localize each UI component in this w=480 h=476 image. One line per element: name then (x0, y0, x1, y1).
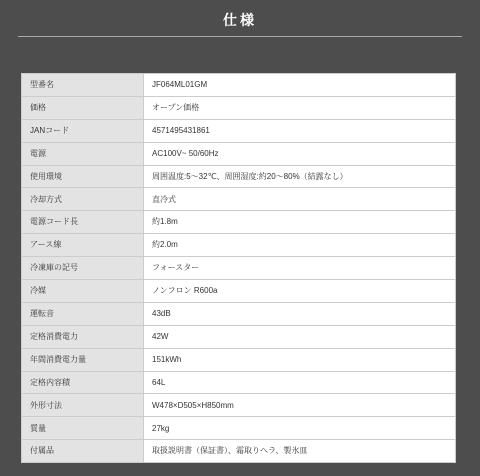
spec-value-cell: 取扱説明書（保証書）、霜取りヘラ、製氷皿 (144, 440, 456, 463)
table-row: 年間消費電力量151kWh (22, 348, 456, 371)
table-row: 使用環境周囲温度:5〜32℃、周囲湿度:約20〜80%（結露なし） (22, 165, 456, 188)
spec-value-cell: 約2.0m (144, 234, 456, 257)
spec-value-cell: 64L (144, 371, 456, 394)
spec-label-cell: JANコード (22, 119, 144, 142)
spec-label-cell: 電源コード長 (22, 211, 144, 234)
spec-label-cell: 定格内容積 (22, 371, 144, 394)
spec-value-cell: 周囲温度:5〜32℃、周囲湿度:約20〜80%（結露なし） (144, 165, 456, 188)
spec-value-cell: 直冷式 (144, 188, 456, 211)
spec-label-cell: 冷却方式 (22, 188, 144, 211)
spec-label-cell: 外形寸法 (22, 394, 144, 417)
table-row: 冷却方式直冷式 (22, 188, 456, 211)
spec-table-body: 型番名JF064ML01GM価格オープン価格JANコード457149543186… (22, 74, 456, 463)
spec-value-cell: オープン価格 (144, 96, 456, 119)
table-row: 冷媒ノンフロン R600a (22, 280, 456, 303)
page-title: 仕様 (0, 0, 480, 29)
spec-label-cell: 価格 (22, 96, 144, 119)
spec-value-cell: 4571495431861 (144, 119, 456, 142)
spec-table: 型番名JF064ML01GM価格オープン価格JANコード457149543186… (21, 73, 456, 463)
spec-label-cell: 運転音 (22, 302, 144, 325)
table-row: 冷凍庫の記号フォースター (22, 257, 456, 280)
spec-value-cell: W478×D505×H850mm (144, 394, 456, 417)
spec-label-cell: 電源 (22, 142, 144, 165)
table-row: 付属品取扱説明書（保証書）、霜取りヘラ、製氷皿 (22, 440, 456, 463)
spec-value-cell: フォースター (144, 257, 456, 280)
table-row: 定格消費電力42W (22, 325, 456, 348)
spec-value-cell: 27kg (144, 417, 456, 440)
title-divider (18, 36, 462, 37)
spec-label-cell: 付属品 (22, 440, 144, 463)
spec-value-cell: AC100V~ 50/60Hz (144, 142, 456, 165)
table-row: 電源AC100V~ 50/60Hz (22, 142, 456, 165)
spec-page: 仕様 型番名JF064ML01GM価格オープン価格JANコード457149543… (0, 0, 480, 476)
spec-value-cell: 42W (144, 325, 456, 348)
table-row: 定格内容積64L (22, 371, 456, 394)
table-row: アース線約2.0m (22, 234, 456, 257)
spec-label-cell: アース線 (22, 234, 144, 257)
table-row: 質量27kg (22, 417, 456, 440)
spec-value-cell: 約1.8m (144, 211, 456, 234)
spec-label-cell: 質量 (22, 417, 144, 440)
spec-label-cell: 使用環境 (22, 165, 144, 188)
spec-value-cell: JF064ML01GM (144, 74, 456, 97)
spec-label-cell: 定格消費電力 (22, 325, 144, 348)
spec-value-cell: 43dB (144, 302, 456, 325)
table-row: JANコード4571495431861 (22, 119, 456, 142)
table-row: 電源コード長約1.8m (22, 211, 456, 234)
spec-value-cell: ノンフロン R600a (144, 280, 456, 303)
spec-label-cell: 型番名 (22, 74, 144, 97)
table-row: 外形寸法W478×D505×H850mm (22, 394, 456, 417)
spec-label-cell: 年間消費電力量 (22, 348, 144, 371)
spec-label-cell: 冷凍庫の記号 (22, 257, 144, 280)
table-row: 価格オープン価格 (22, 96, 456, 119)
spec-value-cell: 151kWh (144, 348, 456, 371)
table-row: 型番名JF064ML01GM (22, 74, 456, 97)
spec-label-cell: 冷媒 (22, 280, 144, 303)
table-row: 運転音43dB (22, 302, 456, 325)
